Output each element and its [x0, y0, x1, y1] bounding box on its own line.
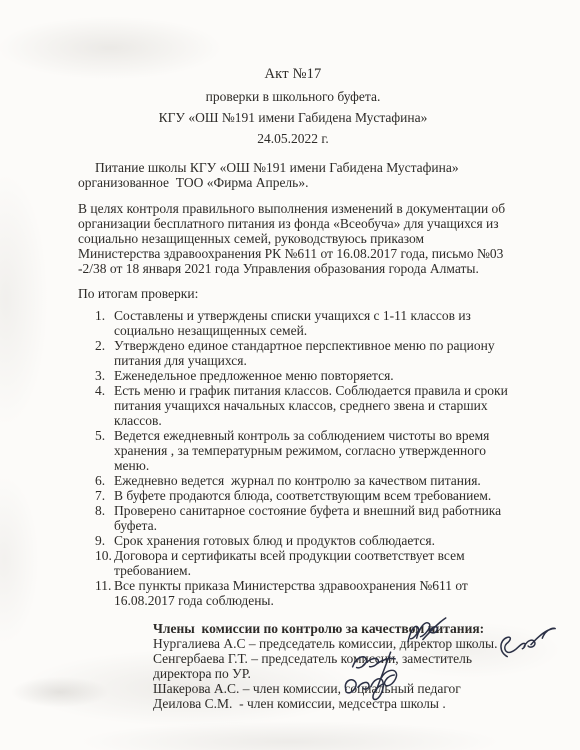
document-header: Акт №17 проверки в школьного буфета. КГУ…	[78, 64, 508, 149]
commission-member: Сенгербаева Г.Т. – председатель комиссии…	[153, 651, 508, 681]
finding-item: 1. Составлены и утверждены списки учащих…	[95, 308, 508, 338]
school-name: КГУ «ОШ №191 имени Габидена Мустафина»	[78, 107, 508, 128]
finding-text: Срок хранения готовых блюд и продуктов с…	[114, 533, 508, 548]
finding-number: 3.	[95, 368, 114, 383]
finding-item: 6. Ежедневно ведется журнал по контролю …	[95, 473, 508, 488]
findings-list: 1. Составлены и утверждены списки учащих…	[95, 308, 508, 608]
finding-number: 6.	[95, 473, 114, 488]
finding-text: Составлены и утверждены списки учащихся …	[114, 308, 508, 338]
finding-item: 10. Договора и сертификаты всей продукци…	[95, 548, 508, 578]
document-content: Акт №17 проверки в школьного буфета. КГУ…	[0, 0, 580, 711]
finding-item: 9. Срок хранения готовых блюд и продукто…	[95, 533, 508, 548]
finding-number: 4.	[95, 383, 114, 428]
commission-member: Шакерова А.С. – член комиссии, социальны…	[153, 681, 508, 696]
finding-number: 5.	[95, 428, 114, 473]
finding-number: 1.	[95, 308, 114, 338]
commission-block: Члены комиссии по контролю за качеством …	[153, 621, 508, 711]
finding-text: Договора и сертификаты всей продукции со…	[114, 548, 508, 578]
scanned-document-page: Акт №17 проверки в школьного буфета. КГУ…	[0, 0, 580, 750]
finding-text: Ежедневно ведется журнал по контролю за …	[114, 473, 508, 488]
finding-item: 5. Ведется ежедневный контроль за соблюд…	[95, 428, 508, 473]
doc-title: Акт №17	[78, 64, 508, 85]
results-heading: По итогам проверки:	[78, 286, 508, 301]
finding-item: 8. Проверено санитарное состояние буфета…	[95, 503, 508, 533]
finding-text: Ведется ежедневный контроль за соблюдени…	[114, 428, 508, 473]
commission-member: Нургалиева А.С – председатель комиссии, …	[153, 636, 508, 651]
commission-member: Деилова С.М. - член комиссии, медсестра …	[153, 696, 508, 711]
finding-text: В буфете продаются блюда, соответствующи…	[114, 488, 508, 503]
finding-item: 11. Все пункты приказа Министерства здра…	[95, 578, 508, 608]
finding-number: 8.	[95, 503, 114, 533]
finding-number: 9.	[95, 533, 114, 548]
finding-number: 10.	[95, 548, 114, 578]
finding-item: 7. В буфете продаются блюда, соответству…	[95, 488, 508, 503]
finding-number: 2.	[95, 338, 114, 368]
commission-heading: Члены комиссии по контролю за качеством …	[153, 621, 508, 636]
finding-text: Все пункты приказа Министерства здравоох…	[114, 578, 508, 608]
doc-date: 24.05.2022 г.	[78, 128, 508, 149]
finding-item: 3. Еженедельное предложенное меню повтор…	[95, 368, 508, 383]
doc-subtitle: проверки в школьного буфета.	[78, 86, 508, 107]
paragraph-catering: Питание школы КГУ «ОШ №191 имени Габиден…	[78, 160, 508, 190]
finding-text: Есть меню и график питания классов. Собл…	[114, 383, 508, 428]
finding-text: Утверждено единое стандартное перспектив…	[114, 338, 508, 368]
finding-item: 4. Есть меню и график питания классов. С…	[95, 383, 508, 428]
finding-text: Проверено санитарное состояние буфета и …	[114, 503, 508, 533]
finding-item: 2. Утверждено единое стандартное перспек…	[95, 338, 508, 368]
finding-number: 11.	[95, 578, 114, 608]
finding-text: Еженедельное предложенное меню повторяет…	[114, 368, 508, 383]
paragraph-purpose: В целях контроля правильного выполнения …	[78, 201, 508, 276]
finding-number: 7.	[95, 488, 114, 503]
